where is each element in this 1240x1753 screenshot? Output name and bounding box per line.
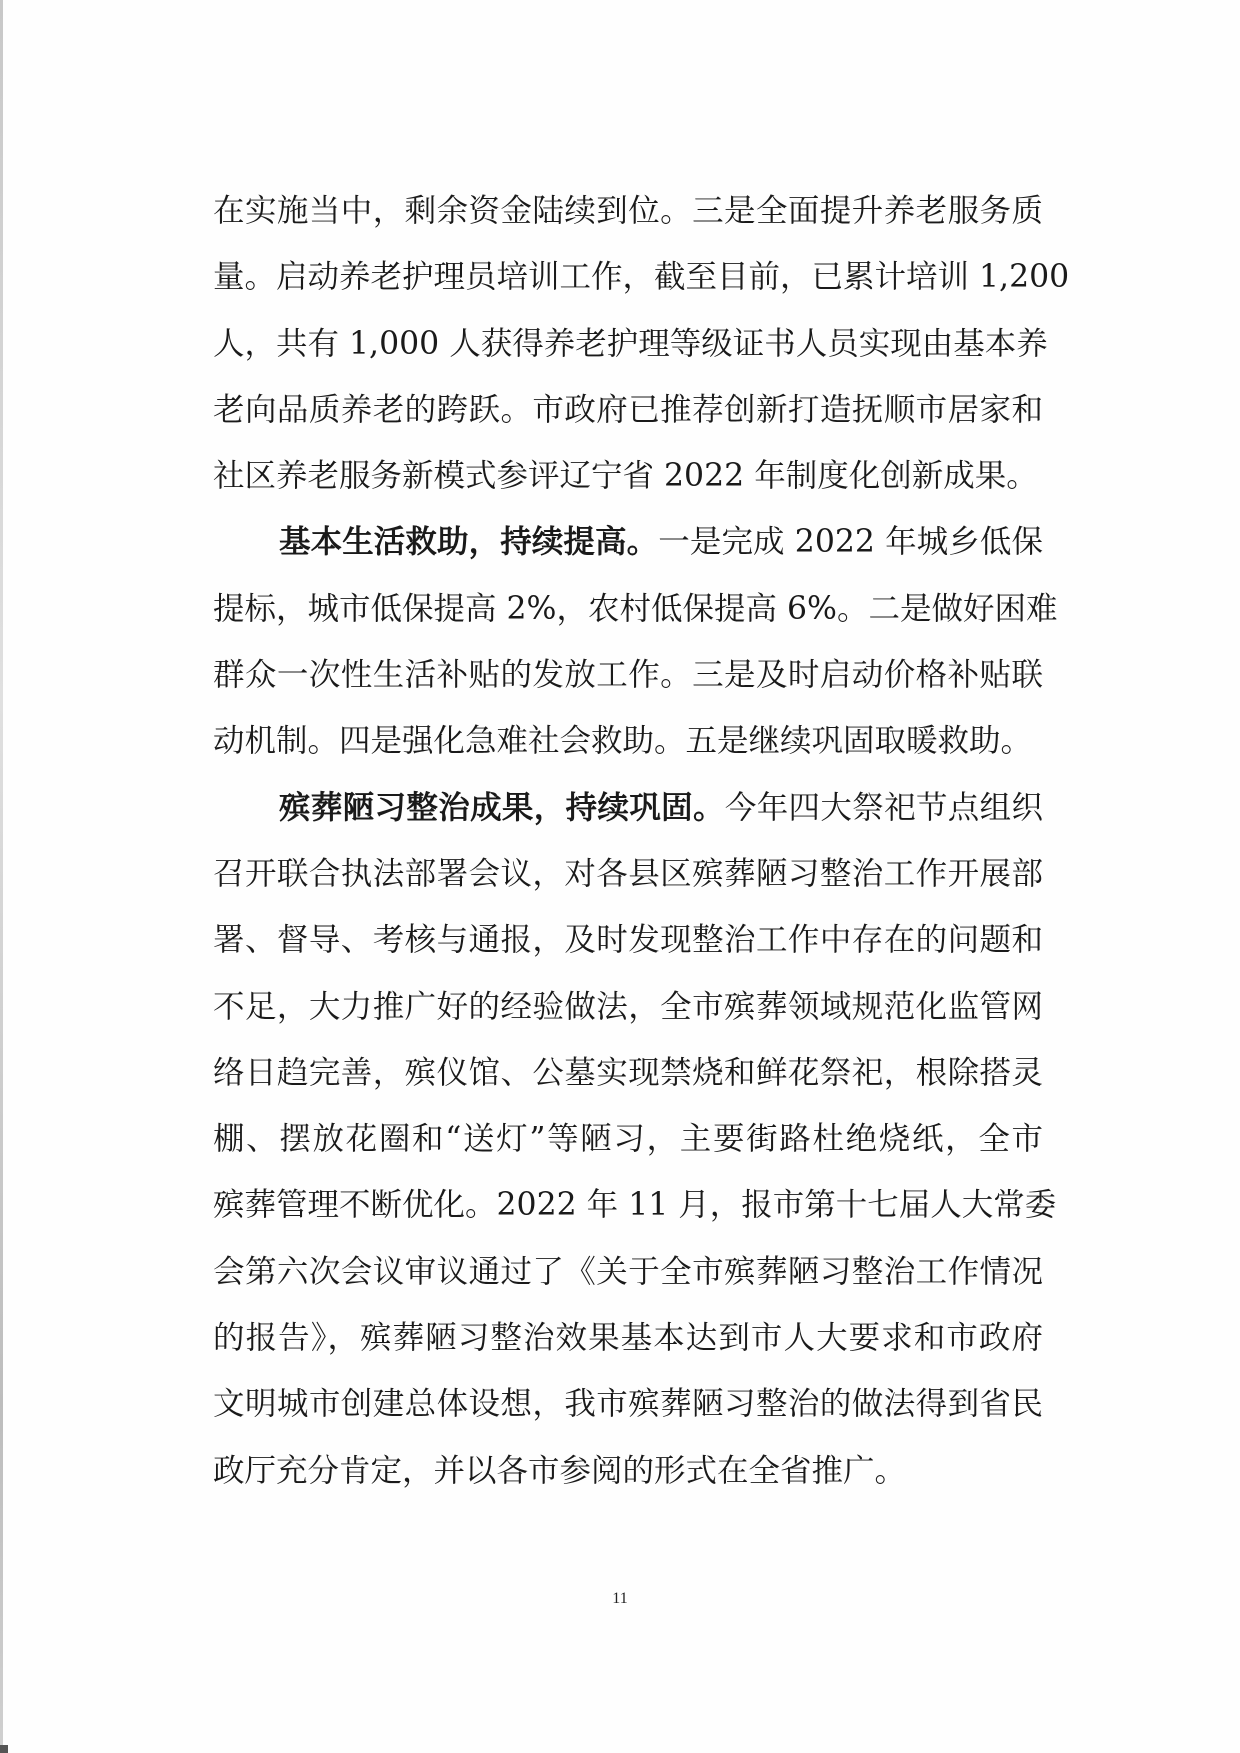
text-line: 老向品质养老的跨跃。市政府已推荐创新打造抚顺市居家和 xyxy=(213,377,1043,443)
paragraph-heading: 基本生活救助，持续提高。 xyxy=(279,524,658,560)
text-line: 文明城市创建总体设想，我市殡葬陋习整治的做法得到省民 xyxy=(213,1371,1043,1437)
paragraph-first-line: 基本生活救助，持续提高。一是完成 2022 年城乡低保 xyxy=(213,509,1043,575)
text-line: 社区养老服务新模式参评辽宁省 2022 年制度化创新成果。 xyxy=(213,443,1043,509)
page-number: 11 xyxy=(0,1590,1240,1608)
body-text: 在实施当中，剩余资金陆续到位。三是全面提升养老服务质 量。启动养老护理员培训工作… xyxy=(213,178,1043,1504)
text-line: 群众一次性生活补贴的发放工作。三是及时启动价格补贴联 xyxy=(213,642,1043,708)
text-run: 今年四大祭祀节点组织 xyxy=(725,790,1043,826)
text-line: 提标，城市低保提高 2%，农村低保提高 6%。二是做好困难 xyxy=(213,576,1043,642)
text-line: 在实施当中，剩余资金陆续到位。三是全面提升养老服务质 xyxy=(213,178,1043,244)
paragraph-heading: 殡葬陋习整治成果，持续巩固。 xyxy=(279,790,725,826)
paragraph-first-line: 殡葬陋习整治成果，持续巩固。今年四大祭祀节点组织 xyxy=(213,775,1043,841)
text-line: 的报告》，殡葬陋习整治效果基本达到市人大要求和市政府 xyxy=(213,1305,1043,1371)
scan-corner-mark xyxy=(0,1745,8,1753)
text-line: 棚、摆放花圈和“送灯”等陋习，主要街路杜绝烧纸，全市 xyxy=(213,1106,1043,1172)
text-line: 络日趋完善，殡仪馆、公墓实现禁烧和鲜花祭祀，根除搭灵 xyxy=(213,1040,1043,1106)
scan-edge-shadow xyxy=(0,0,3,1753)
document-page: 在实施当中，剩余资金陆续到位。三是全面提升养老服务质 量。启动养老护理员培训工作… xyxy=(0,0,1240,1753)
text-line: 署、督导、考核与通报，及时发现整治工作中存在的问题和 xyxy=(213,907,1043,973)
text-line: 人，共有 1,000 人获得养老护理等级证书人员实现由基本养 xyxy=(213,311,1043,377)
text-line: 召开联合执法部署会议，对各县区殡葬陋习整治工作开展部 xyxy=(213,841,1043,907)
text-line: 政厅充分肯定，并以各市参阅的形式在全省推广。 xyxy=(213,1438,1043,1504)
text-line: 会第六次会议审议通过了《关于全市殡葬陋习整治工作情况 xyxy=(213,1239,1043,1305)
text-line: 不足，大力推广好的经验做法，全市殡葬领域规范化监管网 xyxy=(213,974,1043,1040)
text-run: 一是完成 2022 年城乡低保 xyxy=(658,524,1043,560)
text-line: 殡葬管理不断优化。2022 年 11 月，报市第十七届人大常委 xyxy=(213,1172,1043,1238)
text-line: 动机制。四是强化急难社会救助。五是继续巩固取暖救助。 xyxy=(213,708,1043,774)
text-line: 量。启动养老护理员培训工作，截至目前，已累计培训 1,200 xyxy=(213,244,1043,310)
